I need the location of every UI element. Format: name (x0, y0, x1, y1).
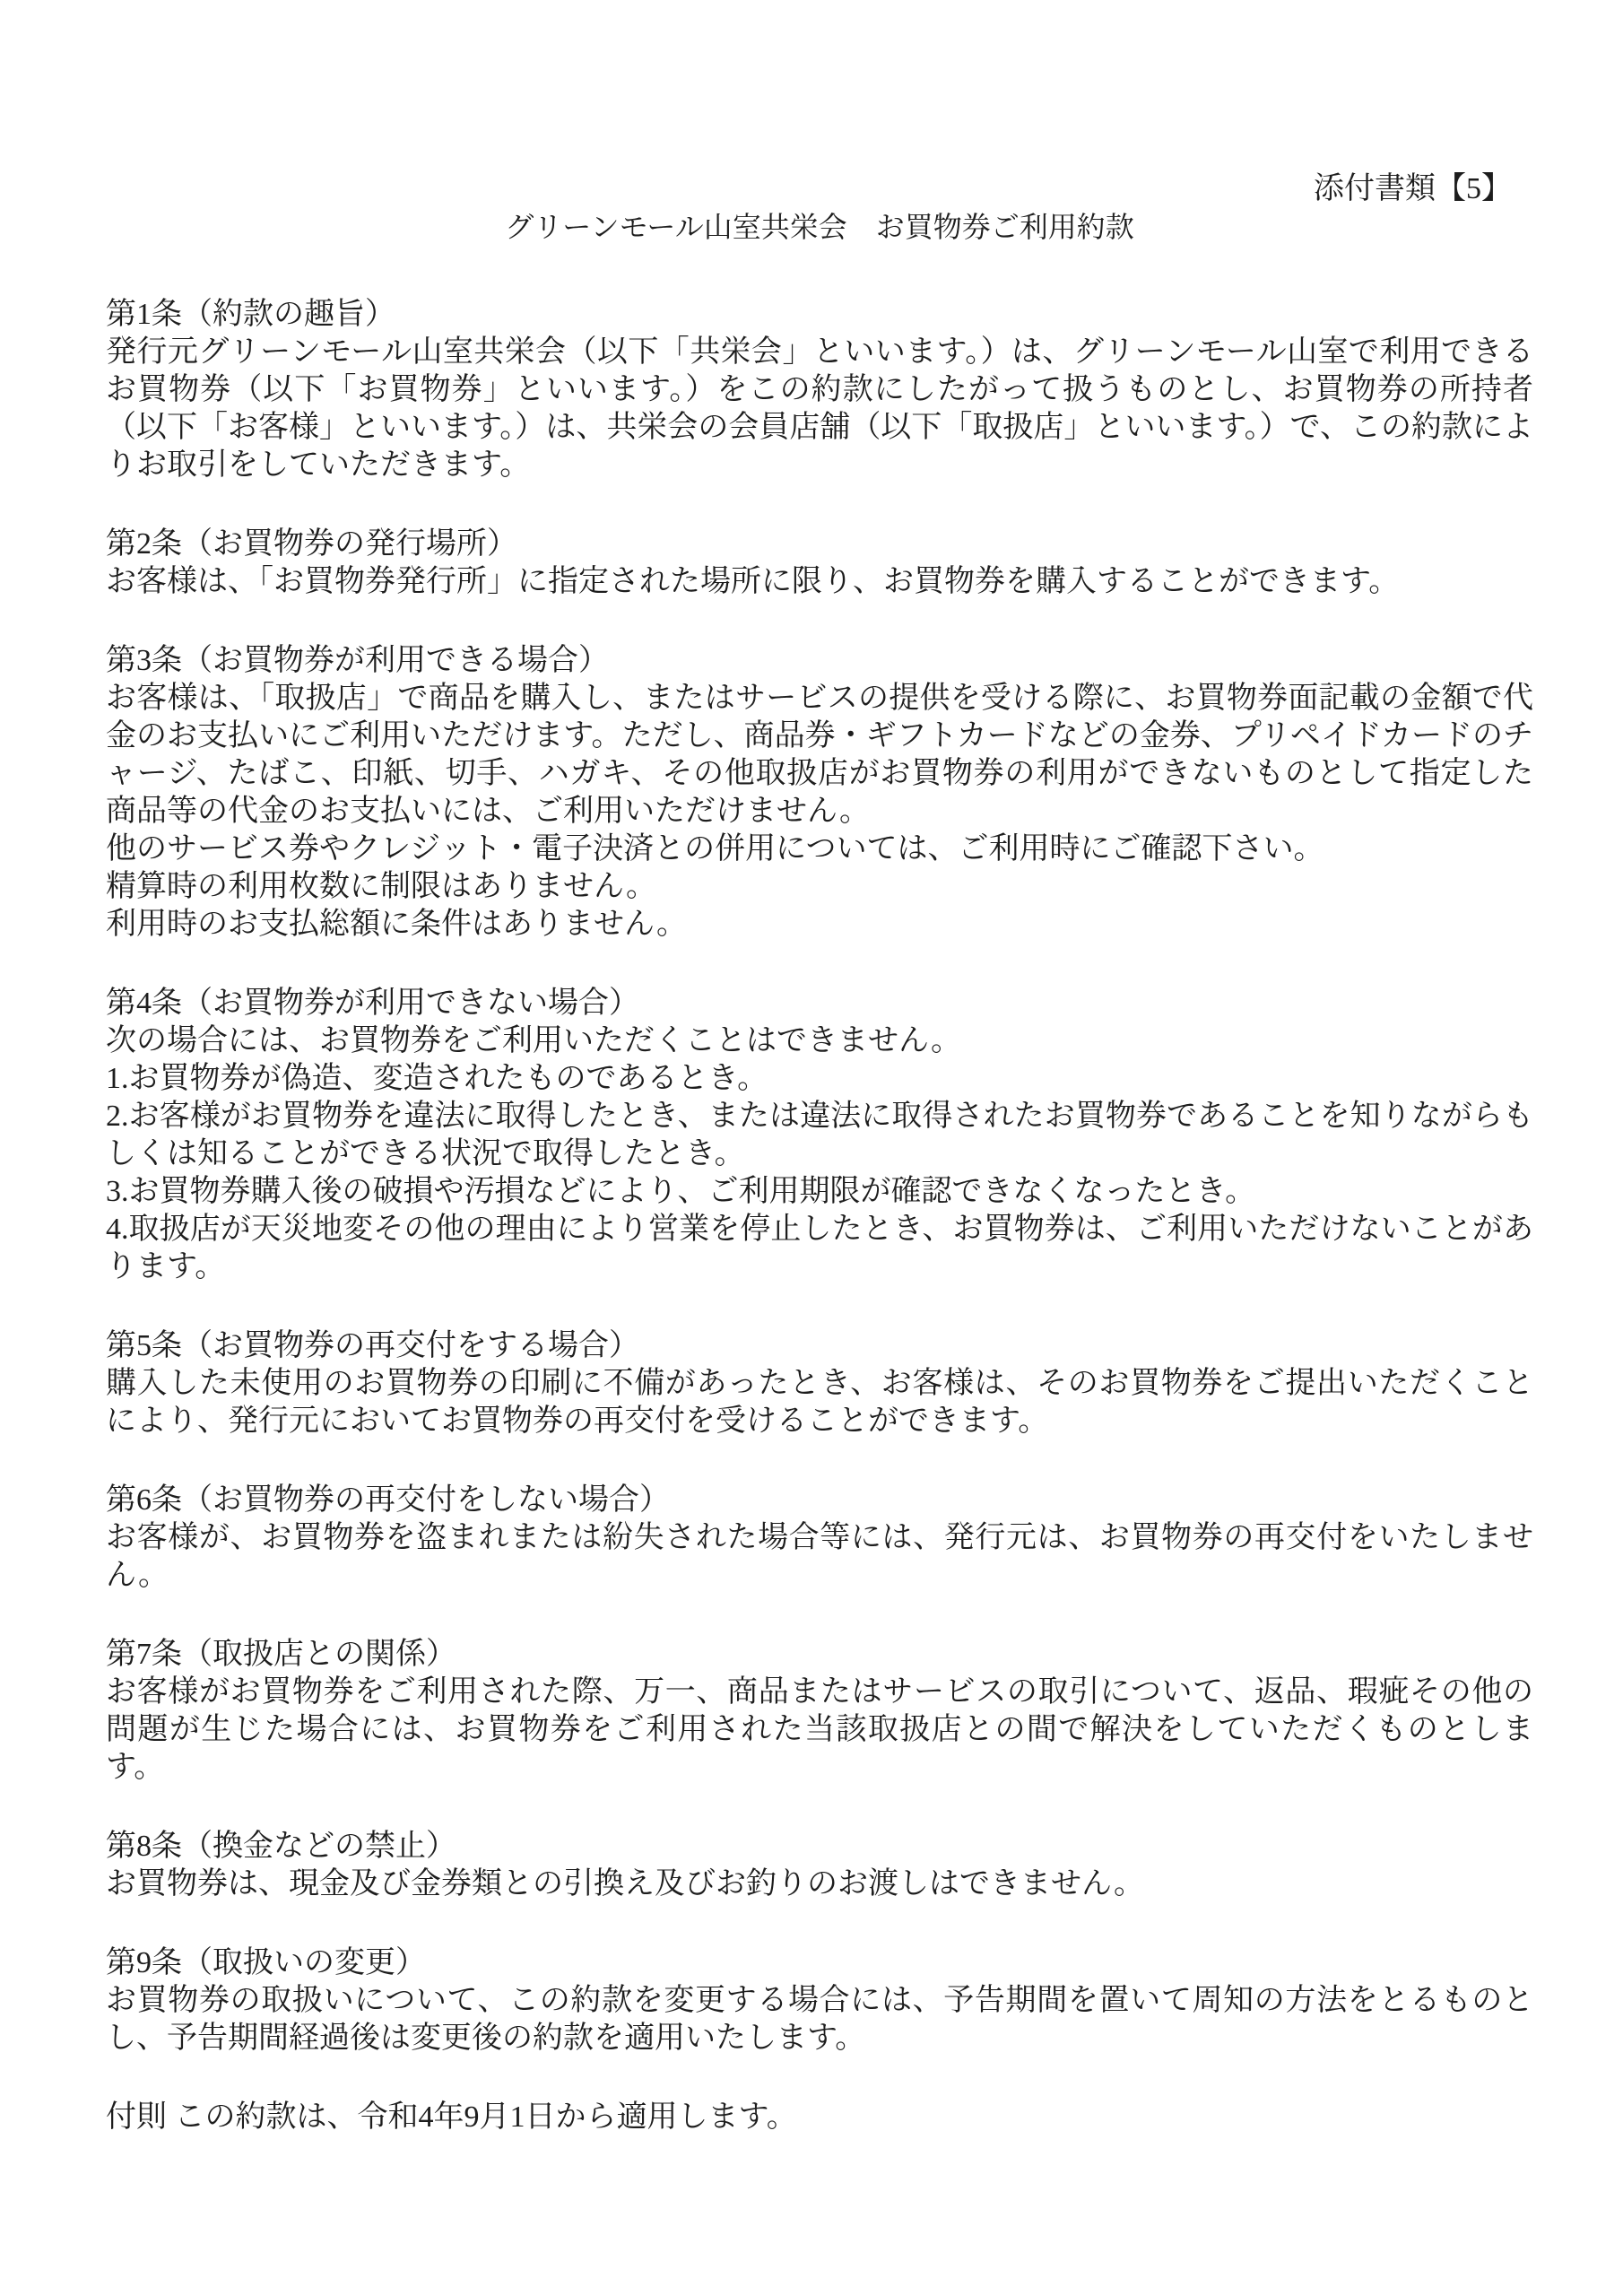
article-2: 第2条（お買物券の発行場所） お客様は、「お買物券発行所」に指定された場所に限り… (106, 526, 1533, 601)
article-3-paragraph: 精算時の利用枚数に制限はありません。 (106, 868, 1533, 906)
article-2-heading: 第2条（お買物券の発行場所） (106, 526, 1533, 563)
document-title: グリーンモール山室共栄会 お買物券ご利用約款 (106, 208, 1533, 246)
document-page: 添付書類【5】 グリーンモール山室共栄会 お買物券ご利用約款 第1条（約款の趣旨… (0, 0, 1623, 2296)
article-4-paragraph: 次の場合には、お買物券をご利用いただくことはできません。 (106, 1022, 1533, 1060)
article-4-list-item: 3.お買物券購入後の破損や汚損などにより、ご利用期限が確認できなくなったとき。 (106, 1173, 1533, 1211)
article-9-heading: 第9条（取扱いの変更） (106, 1944, 1533, 1982)
article-6-paragraph: お客様が、お買物券を盗まれまたは紛失された場合等には、発行元は、お買物券の再交付… (106, 1519, 1533, 1595)
article-6: 第6条（お買物券の再交付をしない場合） お客様が、お買物券を盗まれまたは紛失され… (106, 1482, 1533, 1595)
article-5: 第5条（お買物券の再交付をする場合） 購入した未使用のお買物券の印刷に不備があっ… (106, 1327, 1533, 1440)
article-8-paragraph: お買物券は、現金及び金券類との引換え及びお釣りのお渡しはできません。 (106, 1865, 1533, 1903)
article-2-paragraph: お客様は、「お買物券発行所」に指定された場所に限り、お買物券を購入することができ… (106, 563, 1533, 601)
article-5-heading: 第5条（お買物券の再交付をする場合） (106, 1327, 1533, 1365)
article-9: 第9条（取扱いの変更） お買物券の取扱いについて、この約款を変更する場合には、予… (106, 1944, 1533, 2057)
article-3-paragraph: お客様は、「取扱店」で商品を購入し、またはサービスの提供を受ける際に、お買物券面… (106, 680, 1533, 831)
article-4-list-item: 4.取扱店が天災地変その他の理由により営業を停止したとき、お買物券は、ご利用いた… (106, 1211, 1533, 1286)
article-6-heading: 第6条（お買物券の再交付をしない場合） (106, 1482, 1533, 1519)
attachment-label: 添付書類【5】 (106, 170, 1533, 208)
article-3-paragraph: 他のサービス券やクレジット・電子決済との併用については、ご利用時にご確認下さい。 (106, 831, 1533, 868)
article-1-heading: 第1条（約款の趣旨） (106, 296, 1533, 334)
article-4: 第4条（お買物券が利用できない場合） 次の場合には、お買物券をご利用いただくこと… (106, 985, 1533, 1286)
article-1: 第1条（約款の趣旨） 発行元グリーンモール山室共栄会（以下「共栄会」といいます。… (106, 296, 1533, 484)
article-4-heading: 第4条（お買物券が利用できない場合） (106, 985, 1533, 1022)
article-7: 第7条（取扱店との関係） お客様がお買物券をご利用された際、万一、商品またはサー… (106, 1636, 1533, 1787)
document-content: 添付書類【5】 グリーンモール山室共栄会 お買物券ご利用約款 第1条（約款の趣旨… (106, 0, 1533, 2136)
article-3: 第3条（お買物券が利用できる場合） お客様は、「取扱店」で商品を購入し、またはサ… (106, 642, 1533, 944)
article-3-heading: 第3条（お買物券が利用できる場合） (106, 642, 1533, 680)
article-7-paragraph: お客様がお買物券をご利用された際、万一、商品またはサービスの取引について、返品、… (106, 1674, 1533, 1787)
article-7-heading: 第7条（取扱店との関係） (106, 1636, 1533, 1674)
article-5-paragraph: 購入した未使用のお買物券の印刷に不備があったとき、お客様は、そのお買物券をご提出… (106, 1365, 1533, 1440)
article-4-list-item: 1.お買物券が偽造、変造されたものであるとき。 (106, 1060, 1533, 1098)
article-4-list-item: 2.お客様がお買物券を違法に取得したとき、または違法に取得されたお買物券であるこ… (106, 1098, 1533, 1173)
article-1-paragraph: 発行元グリーンモール山室共栄会（以下「共栄会」といいます。）は、グリーンモール山… (106, 334, 1533, 484)
article-8: 第8条（換金などの禁止） お買物券は、現金及び金券類との引換え及びお釣りのお渡し… (106, 1828, 1533, 1903)
article-9-paragraph: お買物券の取扱いについて、この約款を変更する場合には、予告期間を置いて周知の方法… (106, 1982, 1533, 2057)
supplementary-provision: 付則 この約款は、令和4年9月1日から適用します。 (106, 2099, 1533, 2136)
article-8-heading: 第8条（換金などの禁止） (106, 1828, 1533, 1865)
article-3-paragraph: 利用時のお支払総額に条件はありません。 (106, 906, 1533, 944)
